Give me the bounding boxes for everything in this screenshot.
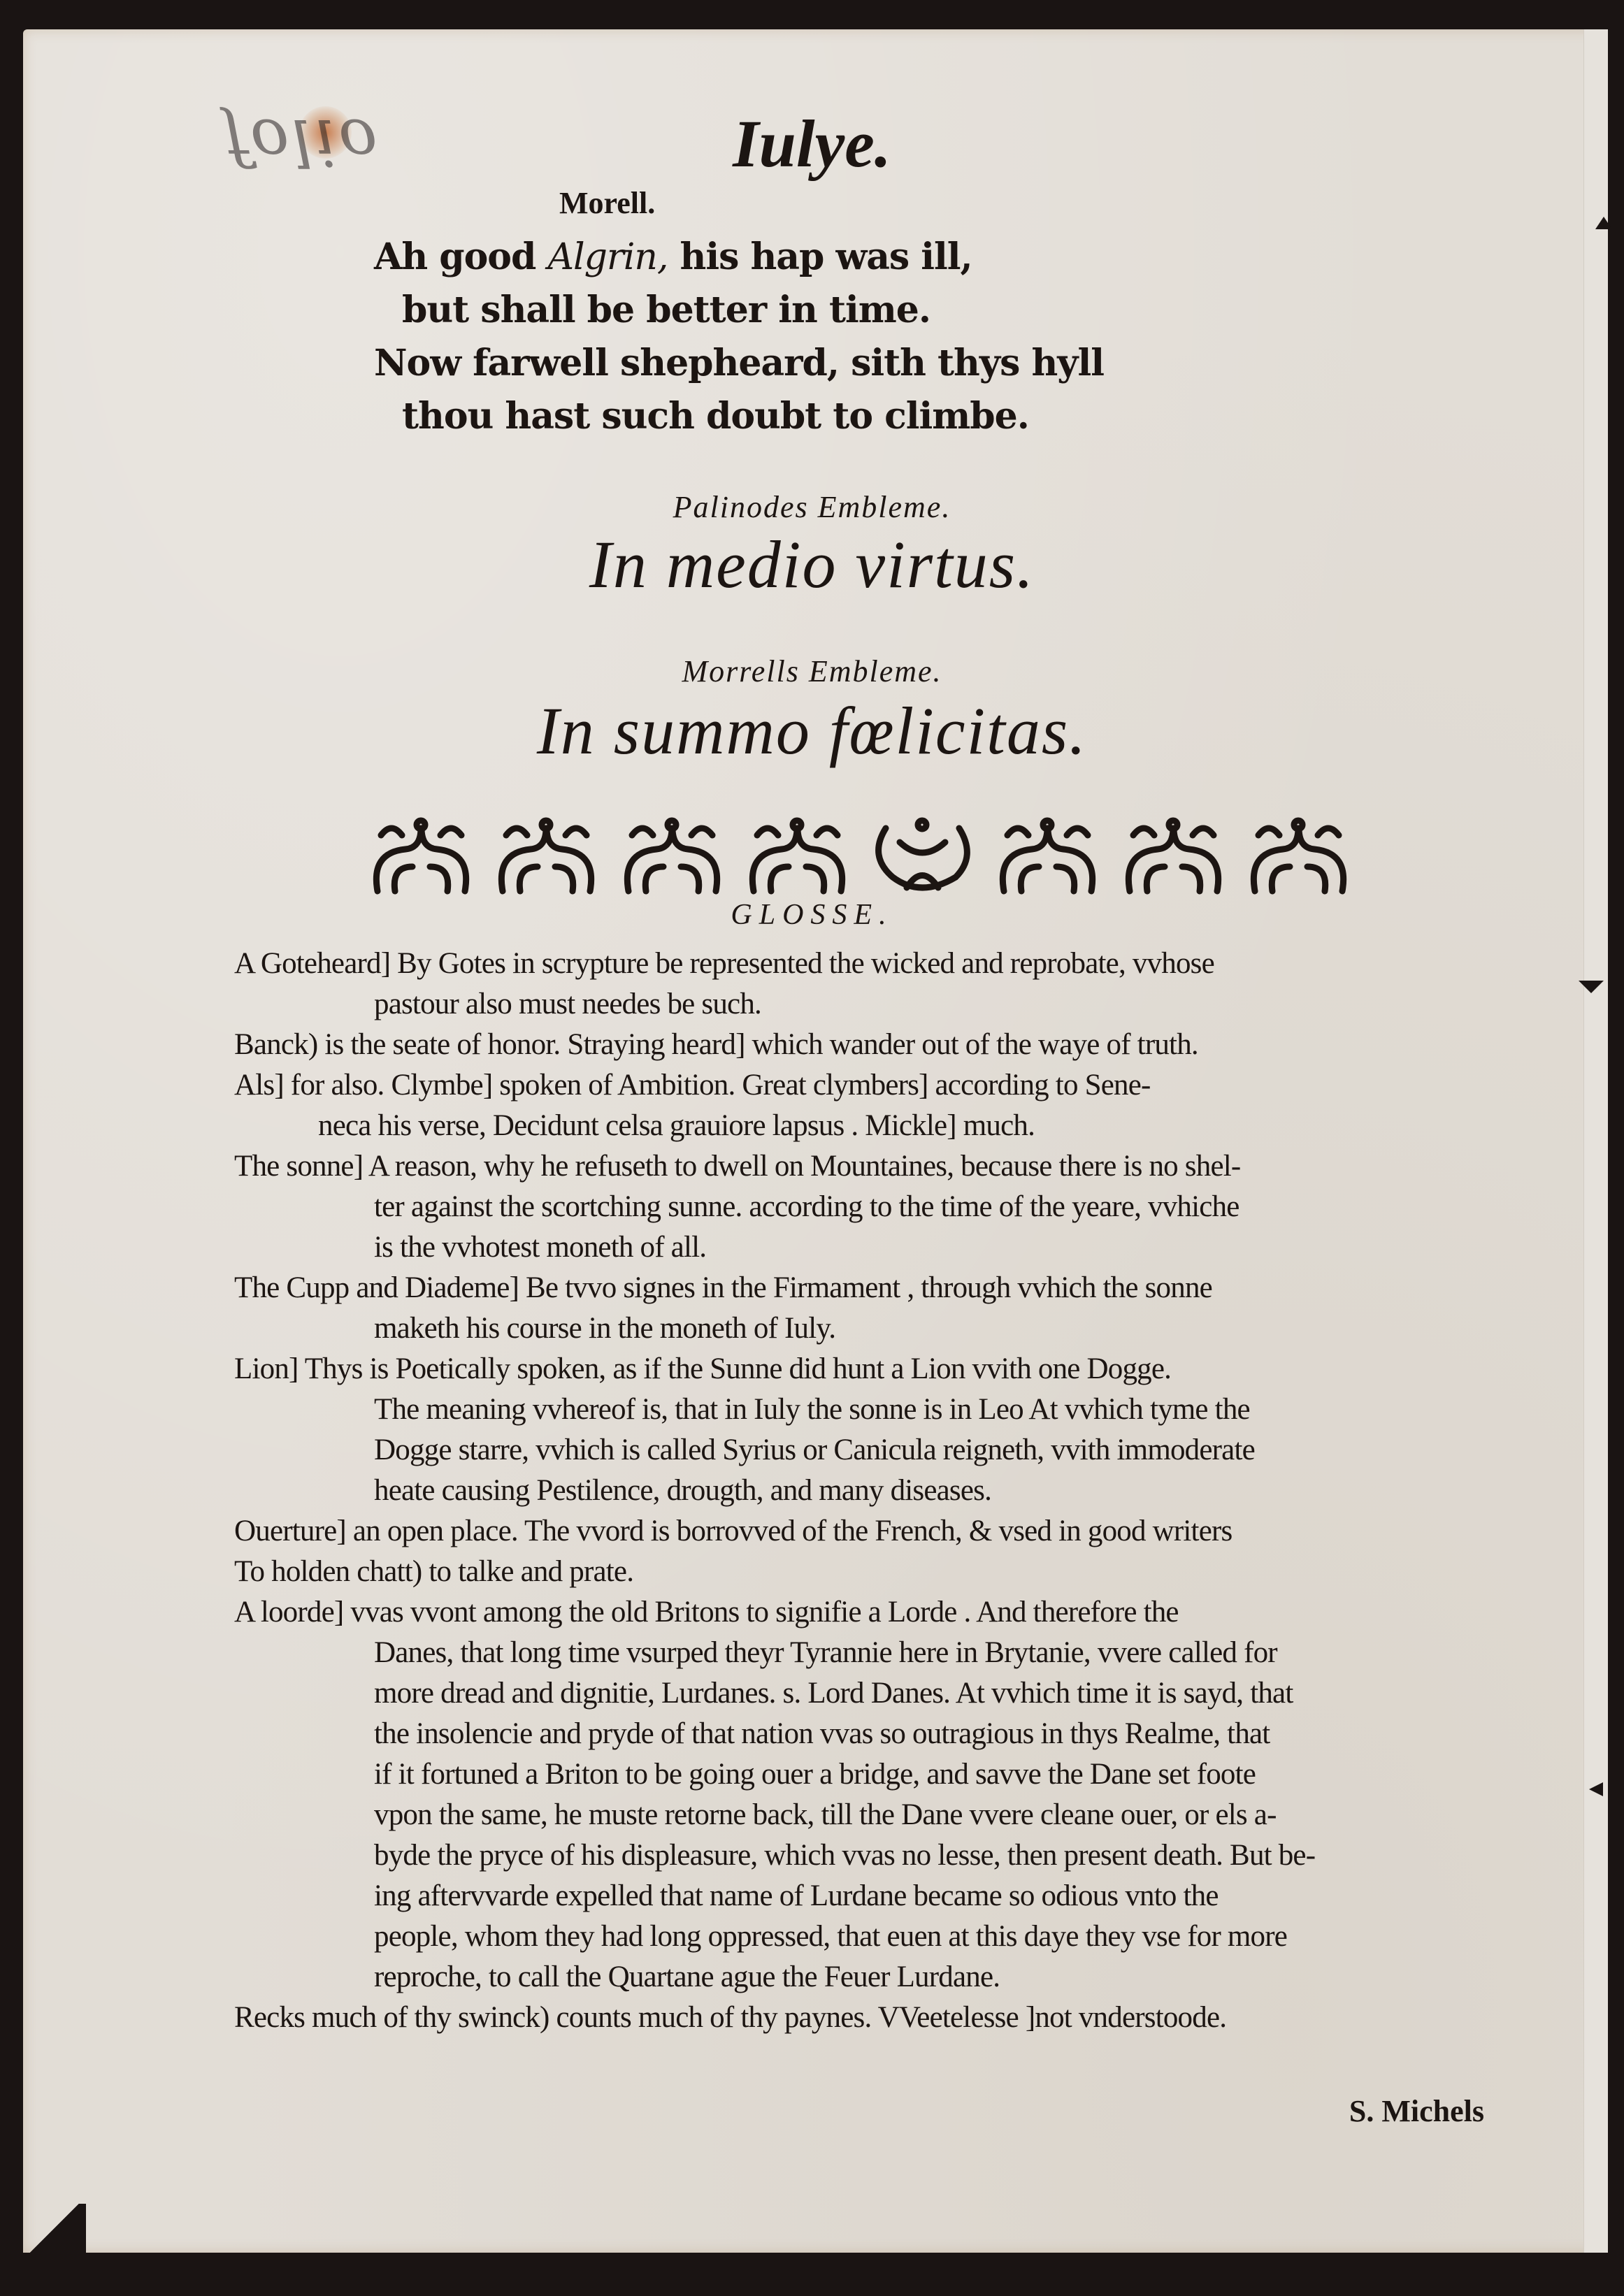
speaker-name: Morell.	[559, 185, 655, 221]
gloss-entry-recks: Recks much of thy swinck) counts much of…	[234, 1998, 1493, 2038]
gloss-line: Dogge starre, vvhich is called Syrius or…	[234, 1430, 1493, 1471]
verse-stanza: Ah good Algrin, his hap was ill, but sha…	[374, 231, 1104, 443]
printers-ornament-band	[364, 814, 1356, 898]
gloss-line: Ouerture] an open place. The vvord is bo…	[234, 1511, 1493, 1552]
gloss-line: Lion] Thys is Poetically spoken, as if t…	[234, 1349, 1493, 1389]
gloss-line: Banck) is the seate of honor. Straying h…	[234, 1025, 1493, 1065]
fleuron-icon	[990, 814, 1105, 898]
gloss-entry-sonne: The sonne] A reason, why he refuseth to …	[234, 1146, 1493, 1268]
gloss-line: ter against the scortching sunne. accord…	[234, 1187, 1493, 1227]
gloss-line: the insolencie and pryde of that nation …	[234, 1714, 1493, 1754]
verse-text: his hap was ill,	[668, 236, 972, 278]
gloss-line: neca his verse, Decidunt celsa grauiore …	[234, 1106, 1493, 1146]
gloss-entry-ouerture: Ouerture] an open place. The vvord is bo…	[234, 1511, 1493, 1552]
fleuron-icon	[865, 814, 980, 898]
gloss-line: Danes, that long time vsurped theyr Tyra…	[234, 1633, 1493, 1673]
fleuron-icon	[364, 814, 479, 898]
page-corner-damage	[23, 2204, 86, 2253]
gloss-heading: GLOSSE.	[0, 898, 1624, 932]
gloss-entry-holden-chatt: To holden chatt) to talke and prate.	[234, 1552, 1493, 1592]
gloss-line: people, whom they had long oppressed, th…	[234, 1916, 1493, 1957]
gloss-line: byde the pryce of his displeasure, which…	[234, 1835, 1493, 1876]
gloss-line: ing aftervvarde expelled that name of Lu…	[234, 1876, 1493, 1916]
fleuron-icon	[740, 814, 855, 898]
gloss-line: reproche, to call the Quartane ague the …	[234, 1957, 1493, 1998]
verse-line: but shall be better in time.	[374, 284, 1104, 337]
gloss-line: Recks much of thy swinck) counts much of…	[234, 1998, 1493, 2038]
gloss-entry-cupp-diademe: The Cupp and Diademe] Be tvvo signes in …	[234, 1268, 1493, 1349]
gloss-line: if it fortuned a Briton to be going ouer…	[234, 1754, 1493, 1795]
page-tear-mark-icon	[1595, 217, 1612, 229]
verse-line: thou hast such doubt to climbe.	[374, 390, 1104, 443]
verse-line: Now farwell shepheard, sith thys hyll	[374, 337, 1104, 390]
gloss-line: To holden chatt) to talke and prate.	[234, 1552, 1493, 1592]
gloss-section: A Goteheard] By Gotes in scrypture be re…	[234, 944, 1493, 2038]
fleuron-icon	[1241, 814, 1356, 898]
fleuron-icon	[615, 814, 730, 898]
catchword: S. Michels	[1349, 2093, 1484, 2129]
gloss-line: Als] for also. Clymbe] spoken of Ambitio…	[234, 1065, 1493, 1106]
emblem-label-morrell: Morrells Embleme.	[0, 654, 1624, 689]
emblem-motto-palinode: In medio virtus.	[0, 526, 1624, 603]
page-gutter-edge	[1583, 29, 1608, 2253]
gloss-line: The meaning vvhereof is, that in Iuly th…	[234, 1389, 1493, 1430]
verse-text: Ah good	[374, 236, 547, 278]
fleuron-icon	[1116, 814, 1231, 898]
gloss-line: The sonne] A reason, why he refuseth to …	[234, 1146, 1493, 1187]
gloss-line: A loorde] vvas vvont among the old Brito…	[234, 1592, 1493, 1633]
page-title: Iulye.	[0, 105, 1624, 182]
verse-line: Ah good Algrin, his hap was ill,	[374, 231, 1104, 284]
gloss-entry-goteheard: A Goteheard] By Gotes in scrypture be re…	[234, 944, 1493, 1025]
emblem-motto-morrell: In summo fœlicitas.	[0, 692, 1624, 770]
gloss-entry-als: Als] for also. Clymbe] spoken of Ambitio…	[234, 1065, 1493, 1146]
gloss-line: The Cupp and Diademe] Be tvvo signes in …	[234, 1268, 1493, 1308]
fleuron-icon	[489, 814, 604, 898]
gloss-entry-lion: Lion] Thys is Poetically spoken, as if t…	[234, 1349, 1493, 1511]
gloss-line: pastour also must needes be such.	[234, 984, 1493, 1025]
gloss-line: is the vvhotest moneth of all.	[234, 1227, 1493, 1268]
verse-name-algrin: Algrin,	[547, 236, 668, 278]
gloss-line: vpon the same, he muste retorne back, ti…	[234, 1795, 1493, 1835]
gloss-line: A Goteheard] By Gotes in scrypture be re…	[234, 944, 1493, 984]
page-tear-mark-icon	[1589, 1782, 1603, 1796]
gloss-entry-loorde: A loorde] vvas vvont among the old Brito…	[234, 1592, 1493, 1998]
gloss-line: maketh his course in the moneth of Iuly.	[234, 1308, 1493, 1349]
gloss-line: more dread and dignitie, Lurdanes. s. Lo…	[234, 1673, 1493, 1714]
page-tear-mark-icon	[1579, 981, 1604, 993]
gloss-entry-banck: Banck) is the seate of honor. Straying h…	[234, 1025, 1493, 1065]
emblem-label-palinode: Palinodes Embleme.	[0, 489, 1624, 525]
gloss-line: heate causing Pestilence, drougth, and m…	[234, 1471, 1493, 1511]
